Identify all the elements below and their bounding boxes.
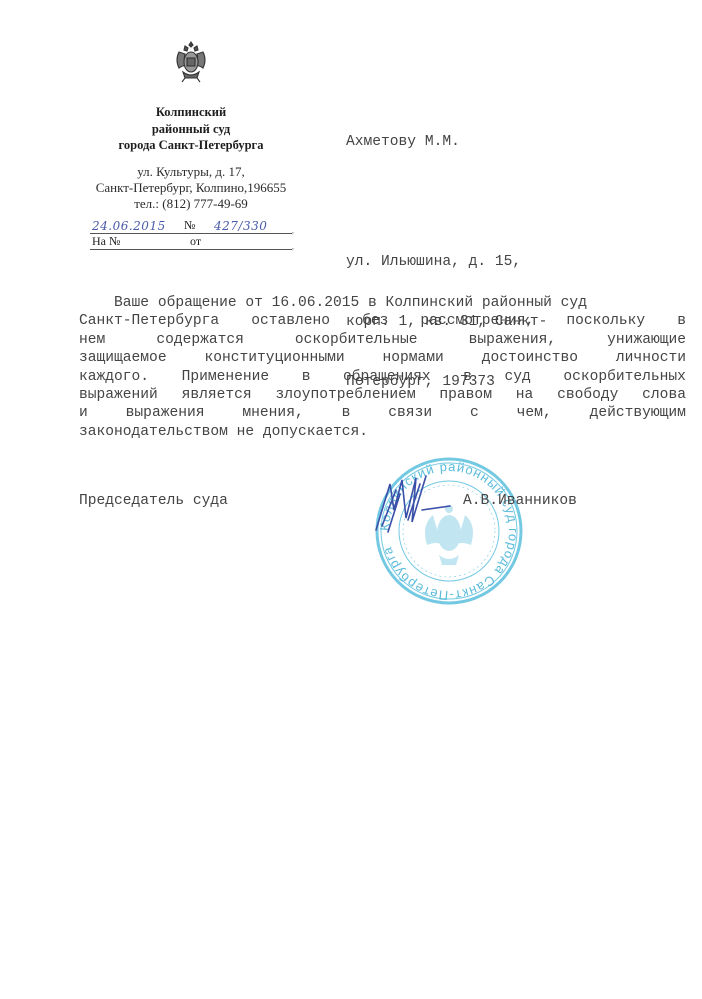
body-word: без bbox=[362, 312, 388, 330]
body-word: достоинство bbox=[482, 349, 578, 367]
body-word: в bbox=[463, 368, 472, 386]
court-city: Санкт-Петербург, Колпино,196655 bbox=[86, 180, 296, 196]
body-word: мнения, bbox=[242, 404, 303, 422]
body-word: на bbox=[516, 386, 534, 404]
body-line: выраженийявляетсязлоупотреблениемправомн… bbox=[79, 386, 686, 404]
line-end-mark: , bbox=[292, 241, 294, 251]
body-word: действующим bbox=[590, 404, 686, 422]
court-phone: тел.: (812) 777-49-69 bbox=[86, 196, 296, 212]
line-end-mark: , bbox=[292, 225, 294, 235]
body-word: в bbox=[302, 368, 311, 386]
court-address: ул. Культуры, д. 17, Санкт-Петербург, Ко… bbox=[86, 164, 296, 212]
body-word: оскорбительные bbox=[295, 331, 418, 349]
body-word: нормами bbox=[382, 349, 443, 367]
body-word: суд bbox=[504, 368, 530, 386]
body-word: выражения, bbox=[469, 331, 557, 349]
body-line: защищаемоеконституционныминормамидостоин… bbox=[79, 349, 686, 367]
body-word: защищаемое bbox=[79, 349, 167, 367]
body-word: Применение bbox=[182, 368, 270, 386]
number-label: № bbox=[184, 218, 195, 233]
body-word: с bbox=[470, 404, 479, 422]
body-line: ивыражениямнения,всвязисчем,действующим bbox=[79, 404, 686, 422]
body-word: и bbox=[79, 404, 88, 422]
court-name: Колпинский районный суд города Санкт-Пет… bbox=[86, 104, 296, 154]
court-street: ул. Культуры, д. 17, bbox=[86, 164, 296, 180]
signatory-name: А.В.Иванников bbox=[463, 493, 577, 509]
body-line: каждого.Применениевобращенияхвсудоскорби… bbox=[79, 368, 686, 386]
from-label: от bbox=[190, 234, 201, 249]
reply-to-label: На № bbox=[92, 234, 120, 249]
outgoing-reference-line: 24.06.2015 № 427/330 , bbox=[90, 219, 292, 234]
body-word: оскорбительных bbox=[563, 368, 686, 386]
outgoing-date: 24.06.2015 bbox=[92, 219, 166, 233]
court-name-line: города Санкт-Петербурга bbox=[86, 137, 296, 154]
body-word: правом bbox=[439, 386, 492, 404]
letterhead: Колпинский районный суд города Санкт-Пет… bbox=[86, 38, 296, 212]
body-word: нем bbox=[79, 331, 105, 349]
body-word: выражений bbox=[79, 386, 158, 404]
body-word: унижающие bbox=[607, 331, 686, 349]
body-word: является bbox=[182, 386, 252, 404]
body-word: злоупотреблением bbox=[275, 386, 415, 404]
letter-body: Ваше обращение от 16.06.2015 в Колпински… bbox=[79, 294, 686, 441]
body-word: рассмотрения, bbox=[420, 312, 534, 330]
body-word: каждого. bbox=[79, 368, 149, 386]
body-word: в bbox=[677, 312, 686, 330]
coat-of-arms-icon bbox=[171, 38, 211, 84]
body-word: обращениях bbox=[343, 368, 431, 386]
body-word: свободу bbox=[557, 386, 618, 404]
body-word: Санкт-Петербурга bbox=[79, 312, 219, 330]
body-word: чем, bbox=[517, 404, 552, 422]
court-name-line: Колпинский bbox=[86, 104, 296, 121]
body-line: законодательством не допускается. bbox=[79, 423, 686, 441]
body-line: Санкт-Петербургаоставленобезрассмотрения… bbox=[79, 312, 686, 330]
body-word: конституционными bbox=[204, 349, 344, 367]
body-word: слова bbox=[642, 386, 686, 404]
signatory-title: Председатель суда bbox=[79, 493, 228, 509]
body-line: Ваше обращение от 16.06.2015 в Колпински… bbox=[79, 294, 686, 312]
recipient-name: Ахметову М.М. bbox=[346, 132, 547, 152]
court-name-line: районный суд bbox=[86, 121, 296, 138]
body-word: содержатся bbox=[156, 331, 244, 349]
body-word: связи bbox=[388, 404, 432, 422]
outgoing-number: 427/330 bbox=[214, 219, 267, 233]
body-line: немсодержатсяоскорбительныевыражения,уни… bbox=[79, 331, 686, 349]
body-word: поскольку bbox=[566, 312, 645, 330]
recipient-address-line: ул. Ильюшина, д. 15, bbox=[346, 252, 547, 272]
body-word: в bbox=[342, 404, 351, 422]
body-word: оставлено bbox=[251, 312, 330, 330]
reply-reference-line: На № от , bbox=[90, 235, 292, 250]
handwritten-signature bbox=[372, 470, 452, 540]
body-word: выражения bbox=[126, 404, 205, 422]
body-word: личности bbox=[616, 349, 686, 367]
